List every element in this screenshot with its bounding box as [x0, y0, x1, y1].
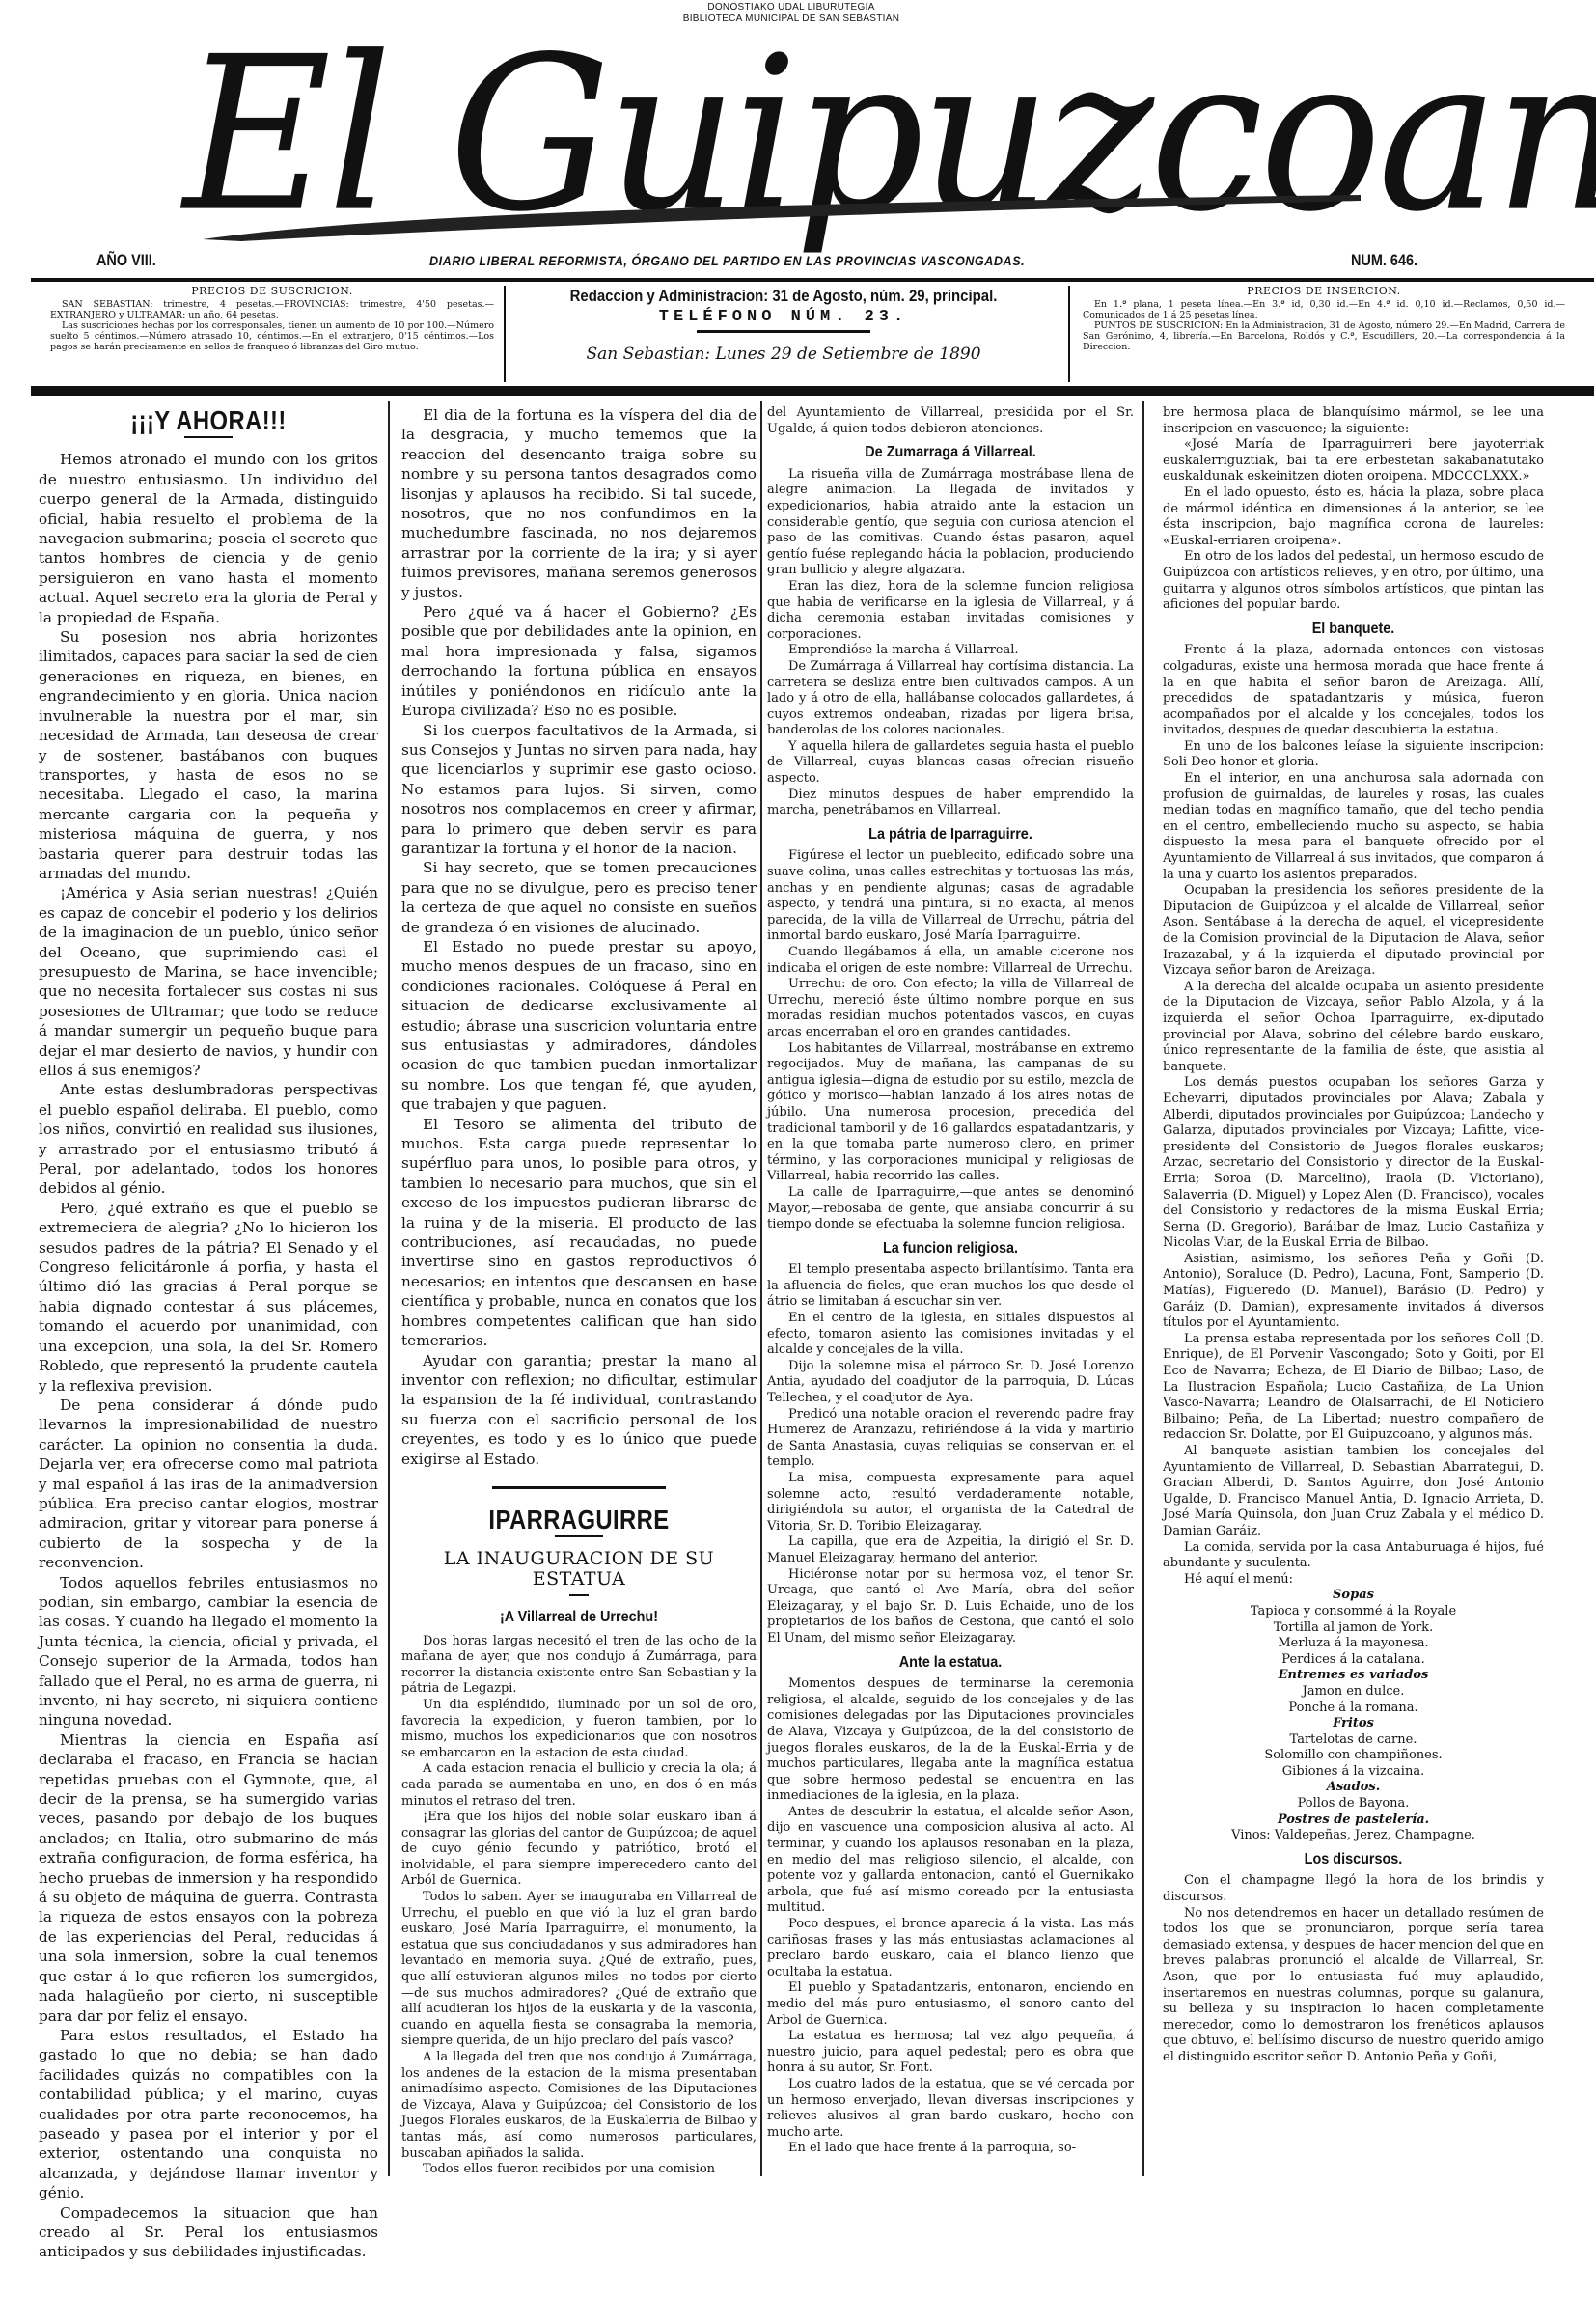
headline-dash: [184, 436, 233, 438]
paragraph: En otro de los lados del pedestal, un he…: [1163, 549, 1544, 613]
paragraph: De pena considerar á dónde pudo llevarno…: [39, 1396, 378, 1573]
paragraph: Figúrese el lector un pueblecito, edific…: [767, 848, 1134, 945]
paragraph: El dia de la fortuna es la víspera del d…: [401, 405, 757, 602]
paragraph: Para estos resultados, el Estado ha gast…: [39, 2026, 378, 2203]
insertion-box: PRECIOS DE INSERCION. En 1.ª plana, 1 pe…: [1083, 286, 1565, 382]
paragraph: Todos aquellos febriles entusiasmos no p…: [39, 1573, 378, 1730]
paragraph: del Ayuntamiento de Villarreal, presidid…: [767, 405, 1134, 437]
menu-category: Asados.: [1163, 1780, 1544, 1796]
paragraph: ¡Era que los hijos del noble solar euska…: [401, 1810, 757, 1890]
paragraph: Ocupaban la presidencia los señores pres…: [1163, 883, 1544, 980]
paragraph: bre hermosa placa de blanquísimo mármol,…: [1163, 405, 1544, 437]
paragraph: En uno de los balcones leíase la siguien…: [1163, 739, 1544, 771]
box-divider: [1068, 286, 1070, 382]
paragraph: ¡América y Asia serian nuestras! ¿Quién …: [39, 883, 378, 1080]
section-heading: La funcion religiosa.: [785, 1241, 1115, 1258]
subscription-rates: SAN SEBASTIAN: trimestre, 4 pesetas.—PRO…: [50, 299, 494, 320]
subscription-notes: Las suscriciones hechas por los correspo…: [50, 320, 494, 352]
paragraph: En el centro de la iglesia, en sitiales …: [767, 1311, 1134, 1359]
paragraph: La misa, compuesta expresamente para aqu…: [767, 1471, 1134, 1535]
paragraph: Antes de descubrir la estatua, el alcald…: [767, 1805, 1134, 1917]
article-separator: [492, 1486, 666, 1489]
banquet-menu: Sopas Tapioca y consommé á la Royale Tor…: [1163, 1588, 1544, 1844]
paragraph: Los cuatro lados de la estatua, que se v…: [767, 2077, 1134, 2141]
menu-category: Fritos: [1163, 1716, 1544, 1732]
menu-item: Pollos de Bayona.: [1163, 1796, 1544, 1812]
subscription-heading: PRECIOS DE SUSCRICION.: [50, 286, 494, 296]
paragraph: Con el champagne llegó la hora de los br…: [1163, 1873, 1544, 1905]
paragraph: Compadecemos la situacion que han creado…: [39, 2203, 378, 2262]
paragraph: Pero, ¿qué extraño es que el pueblo se e…: [39, 1199, 378, 1396]
paragraph: El Tesoro se alimenta del tributo de muc…: [401, 1115, 757, 1351]
editorial-address: Redaccion y Administracion: 31 de Agosto…: [546, 286, 1022, 307]
paragraph: Y aquella hilera de gallardetes seguia h…: [767, 739, 1134, 788]
paragraph: Momentos despues de terminarse la ceremo…: [767, 1676, 1134, 1805]
insertion-rates: En 1.ª plana, 1 peseta línea.—En 3.ª id,…: [1083, 299, 1565, 320]
menu-item: Tortilla al jamon de York.: [1163, 1620, 1544, 1637]
paragraph: Los habitantes de Villarreal, mostrábans…: [767, 1041, 1134, 1185]
subhead-inauguracion: LA INAUGURACION DE SU ESTATUA: [401, 1549, 757, 1589]
column-rule: [1142, 401, 1144, 2176]
top-rule: [31, 278, 1594, 282]
menu-item: Vinos: Valdepeñas, Jerez, Champagne.: [1163, 1828, 1544, 1844]
paragraph: El Estado no puede prestar su apoyo, muc…: [401, 937, 757, 1115]
paragraph: Frente á la plaza, adornada entonces con…: [1163, 643, 1544, 739]
column-rule: [760, 401, 762, 2176]
paragraph: La prensa estaba representada por los se…: [1163, 1332, 1544, 1444]
masthead-meta-row: AÑO VIII. DIARIO LIBERAL REFORMISTA, ÓRG…: [58, 249, 1525, 272]
menu-item: Tapioca y consommé á la Royale: [1163, 1604, 1544, 1620]
column-4: bre hermosa placa de blanquísimo mármol,…: [1163, 405, 1544, 2066]
menu-item: Solomillo con champiñones.: [1163, 1748, 1544, 1764]
paragraph: Hemos atronado el mundo con los gritos d…: [39, 450, 378, 627]
menu-item: Ponche á la romana.: [1163, 1701, 1544, 1717]
column-3: del Ayuntamiento de Villarreal, presidid…: [767, 405, 1134, 2157]
section-heading: Ante la estatua.: [785, 1655, 1115, 1672]
paragraph: Dos horas largas necesitó el tren de las…: [401, 1634, 757, 1698]
headline-y-ahora: ¡¡¡Y AHORA!!!: [64, 411, 352, 430]
paragraph: Poco despues, el bronce aparecia á la vi…: [767, 1917, 1134, 1980]
paragraph: De Zumárraga á Villarreal hay cortísima …: [767, 659, 1134, 739]
telephone-number: TELÉFONO NÚM. 23.: [513, 307, 1054, 328]
paragraph: Si hay secreto, que se tomen precaucione…: [401, 858, 757, 937]
paragraph: Al banquete asistian tambien los conceja…: [1163, 1444, 1544, 1540]
section-heading: El banquete.: [1182, 622, 1526, 638]
paragraph: La risueña villa de Zumárraga mostrábase…: [767, 467, 1134, 579]
paragraph: En el lado opuesto, ésto es, hácia la pl…: [1163, 485, 1544, 549]
paragraph: A la derecha del alcalde ocupaba un asie…: [1163, 980, 1544, 1076]
paragraph: Predicó una notable oracion el reverendo…: [767, 1407, 1134, 1471]
menu-category: Postres de pastelería.: [1163, 1812, 1544, 1829]
paragraph: Su posesion nos abria horizontes ilimita…: [39, 627, 378, 883]
subscription-box: PRECIOS DE SUSCRICION. SAN SEBASTIAN: tr…: [50, 286, 494, 382]
paragraph: Eran las diez, hora de la solemne funcio…: [767, 579, 1134, 643]
box-divider: [504, 286, 506, 382]
paragraph: El templo presentaba aspecto brillantísi…: [767, 1262, 1134, 1311]
subscription-points: PUNTOS DE SUSCRICION: En la Administraci…: [1083, 320, 1565, 352]
paragraph: La estatua es hermosa; tal vez algo pequ…: [767, 2029, 1134, 2077]
paragraph: La comida, servida por la casa Antaburua…: [1163, 1540, 1544, 1572]
paragraph: Cuando llegábamos á ella, un amable cice…: [767, 945, 1134, 977]
headline-iparraguirre: IPARRAGUIRRE: [428, 1510, 730, 1530]
paragraph: Asistian, asimismo, los señores Peña y G…: [1163, 1252, 1544, 1332]
paragraph: Si los cuerpos facultativos de la Armada…: [401, 721, 757, 859]
menu-category: Sopas: [1163, 1588, 1544, 1604]
paragraph: Mientras la ciencia en España así declar…: [39, 1730, 378, 2026]
paragraph: Pero ¿qué va á hacer el Gobierno? ¿Es po…: [401, 602, 757, 720]
paragraph: Hé aquí el menú:: [1163, 1572, 1544, 1589]
paragraph: Hiciéronse notar por su hermosa voz, el …: [767, 1567, 1134, 1647]
paragraph: El pueblo y Spatadantzaris, entonaron, e…: [767, 1980, 1134, 2029]
paragraph: Un dia espléndido, iluminado por un sol …: [401, 1698, 757, 1761]
editorial-office-box: Redaccion y Administracion: 31 de Agosto…: [513, 286, 1054, 382]
paragraph: La calle de Iparraguirre,—que antes se d…: [767, 1185, 1134, 1233]
subhead-dash: [569, 1594, 589, 1596]
paragraph: Urrechu: de oro. Con efecto; la villa de…: [767, 977, 1134, 1040]
title-swash-ornament: [203, 193, 1361, 241]
insertion-heading: PRECIOS DE INSERCION.: [1083, 286, 1565, 296]
paragraph: Emprendióse la marcha á Villarreal.: [767, 643, 1134, 659]
column-2: El dia de la fortuna es la víspera del d…: [401, 405, 757, 2178]
paragraph: Ante estas deslumbradoras perspectivas e…: [39, 1080, 378, 1198]
paragraph: Todos lo saben. Ayer se inauguraba en Vi…: [401, 1890, 757, 2050]
paragraph: Todos ellos fueron recibidos por una com…: [401, 2162, 757, 2178]
paragraph: No nos detendremos en hacer un detallado…: [1163, 1906, 1544, 2066]
masthead: El Guipuzcoano: [58, 10, 1486, 251]
divider-line: [697, 330, 870, 333]
headline-dash: [555, 1535, 603, 1537]
menu-item: Gibiones á la vizcaina.: [1163, 1764, 1544, 1781]
masthead-motto: DIARIO LIBERAL REFORMISTA, ÓRGANO DEL PA…: [429, 253, 1025, 268]
paragraph: En el lado que hace frente á la parroqui…: [767, 2141, 1134, 2157]
column-1: ¡¡¡Y AHORA!!! Hemos atronado el mundo co…: [39, 405, 378, 2262]
paragraph: La capilla, que era de Azpeitia, la diri…: [767, 1535, 1134, 1566]
paragraph: Los demás puestos ocupaban los señores G…: [1163, 1075, 1544, 1252]
header-info-boxes: PRECIOS DE SUSCRICION. SAN SEBASTIAN: tr…: [31, 286, 1594, 382]
paragraph: Diez minutos despues de haber emprendido…: [767, 788, 1134, 819]
section-heading: De Zumarraga á Villarreal.: [785, 445, 1115, 461]
menu-item: Merluza á la mayonesa.: [1163, 1636, 1544, 1652]
paragraph: Dijo la solemne misa el párroco Sr. D. J…: [767, 1359, 1134, 1407]
menu-category: Entremes es variados: [1163, 1668, 1544, 1684]
dateline: San Sebastian: Lunes 29 de Setiembre de …: [513, 343, 1054, 366]
menu-item: Perdices á la catalana.: [1163, 1652, 1544, 1669]
column-rule: [388, 401, 390, 2176]
issue-number: NUM. 646.: [1351, 251, 1417, 270]
kicker-villarreal: ¡A Villarreal de Urrechu!: [419, 1608, 738, 1627]
section-heading: La pátria de Iparraguirre.: [785, 827, 1115, 843]
paragraph: A la llegada del tren que nos condujo á …: [401, 2050, 757, 2162]
paragraph: Ayudar con garantia; prestar la mano al …: [401, 1351, 757, 1469]
volume-year: AÑO VIII.: [96, 251, 156, 270]
paragraph: A cada estacion renacia el bullicio y cr…: [401, 1761, 757, 1810]
menu-item: Jamon en dulce.: [1163, 1684, 1544, 1701]
menu-item: Tartelotas de carne.: [1163, 1732, 1544, 1749]
paragraph: En el interior, en una anchurosa sala ad…: [1163, 771, 1544, 883]
header-thick-rule: [31, 386, 1594, 396]
section-heading: Los discursos.: [1182, 1852, 1526, 1868]
inscription-quote: «José María de Iparraguirreri bere jayot…: [1163, 437, 1544, 485]
